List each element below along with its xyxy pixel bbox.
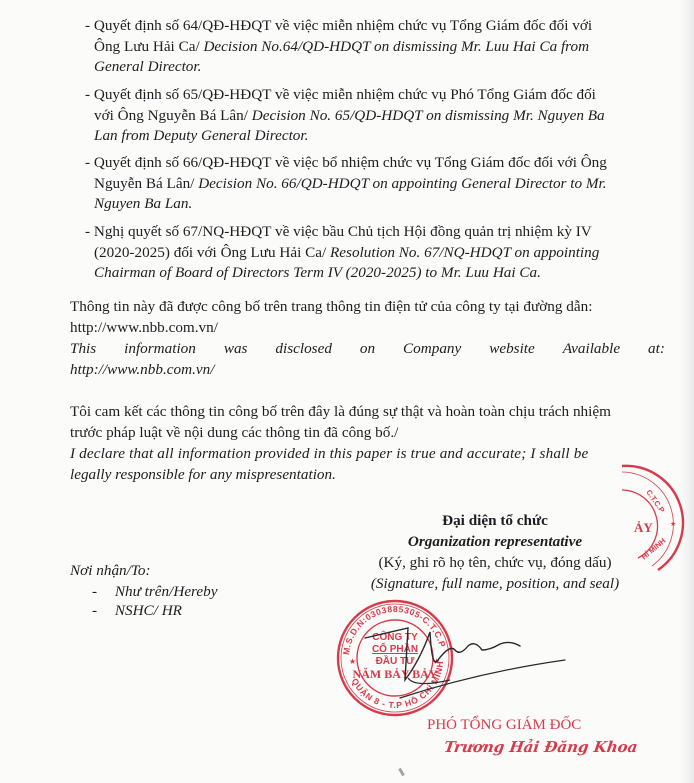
decision-text-en: Nguyen Ba Lan. (94, 195, 192, 212)
svg-text:HÍ MINH: HÍ MINH (640, 536, 668, 561)
decision-text-en: Decision No. 65/QD-HDQT on dismissing Mr… (252, 107, 605, 124)
decision-text-vi: - Nghị quyết số 67/NQ-HĐQT về việc bầu C… (85, 223, 592, 240)
decision-text-vi: - Quyết định số 64/QĐ-HĐQT về việc miễn … (85, 17, 592, 34)
disclosure-vi-link[interactable]: http://www.nbb.com.vn/ (70, 318, 218, 339)
handwritten-signature (360, 620, 580, 710)
declaration-en-2: legally responsible for any mispresentat… (70, 465, 336, 486)
disclosure-word: Available (563, 339, 620, 360)
decision-text-en: Lan from Deputy General Director. (94, 127, 308, 144)
declaration-en-1: I declare that all information provided … (70, 444, 588, 465)
decision-line: Lan from Deputy General Director. (85, 126, 665, 147)
disclosure-word: website (489, 339, 535, 360)
decision-line: - Quyết định số 65/QĐ-HĐQT về việc miễn … (85, 85, 665, 106)
signature-title-vi: Đại diện tổ chức (385, 511, 605, 532)
decision-text-vi: với Ông Nguyễn Bá Lân/ (94, 107, 252, 124)
disclosure-en-link[interactable]: http://www.nbb.com.vn/ (70, 360, 214, 381)
signature-title-en: Organization representative (385, 532, 605, 553)
disclosure-word: Company (403, 339, 461, 360)
decision-item: - Nghị quyết số 67/NQ-HĐQT về việc bầu C… (85, 222, 665, 284)
disclosure-word: disclosed (275, 339, 332, 360)
recipient-dash: - (92, 583, 97, 600)
recipient-dash: - (92, 602, 97, 619)
decision-line: Chairman of Board of Directors Term IV (… (85, 263, 665, 284)
svg-text:ẢY: ẢY (634, 520, 653, 535)
recipient-label: Như trên/Hereby (115, 583, 218, 600)
recipient-item: - NSHC/ HR (92, 601, 182, 622)
disclosure-word: was (224, 339, 248, 360)
recipient-item: - Như trên/Hereby (92, 582, 217, 603)
decision-line: Nguyễn Bá Lân/ Decision No. 66/QD-HDQT o… (85, 174, 665, 195)
decision-line: General Director. (85, 57, 665, 78)
decision-text-vi: - Quyết định số 66/QĐ-HĐQT về việc bổ nh… (85, 154, 607, 171)
svg-text:★: ★ (670, 520, 676, 528)
decision-line: - Quyết định số 66/QĐ-HĐQT về việc bổ nh… (85, 153, 665, 174)
signer-name: Trương Hải Đăng Khoa (443, 737, 639, 758)
declaration-vi-2: trước pháp luật về nội dung các thông ti… (70, 423, 398, 444)
disclosure-word: at: (648, 339, 665, 360)
decision-text-en: Chairman of Board of Directors Term IV (… (94, 264, 541, 281)
disclosure-vi: Thông tin này đã được công bố trên trang… (70, 297, 592, 318)
decision-line: với Ông Nguyễn Bá Lân/ Decision No. 65/Q… (85, 106, 665, 127)
recipient-label: NSHC/ HR (115, 602, 182, 619)
stray-mark (398, 768, 405, 776)
decision-line: Ông Lưu Hải Ca/ Decision No.64/QD-HDQT o… (85, 37, 665, 58)
decision-text-vi: - Quyết định số 65/QĐ-HĐQT về việc miễn … (85, 86, 596, 103)
signature-note-en: (Signature, full name, position, and sea… (345, 574, 645, 595)
decision-text-en: Decision No. 66/QD-HDQT on appointing Ge… (198, 175, 606, 192)
decision-text-vi: (2020-2025) đối với Ông Lưu Hải Ca/ (94, 244, 330, 261)
partial-seal-right: C.T.C.P ★ ẢY HÍ MINH (620, 462, 694, 572)
decision-line: Nguyen Ba Lan. (85, 194, 665, 215)
decision-text-en: General Director. (94, 58, 201, 75)
decision-item: - Quyết định số 65/QĐ-HĐQT về việc miễn … (85, 85, 665, 147)
decision-item: - Quyết định số 64/QĐ-HĐQT về việc miễn … (85, 16, 665, 78)
disclosure-word: information (124, 339, 196, 360)
decision-text-en: Resolution No. 67/NQ-HDQT on appointing (330, 244, 599, 261)
decision-text-en: Decision No.64/QD-HDQT on dismissing Mr.… (203, 38, 589, 55)
decision-line: (2020-2025) đối với Ông Lưu Hải Ca/ Reso… (85, 243, 665, 264)
disclosure-en: ThisinformationwasdisclosedonCompanywebs… (70, 339, 665, 360)
decision-text-vi: Ông Lưu Hải Ca/ (94, 38, 203, 55)
decision-line: - Nghị quyết số 67/NQ-HĐQT về việc bầu C… (85, 222, 665, 243)
decision-text-vi: Nguyễn Bá Lân/ (94, 175, 198, 192)
signature-note-vi: (Ký, ghi rõ họ tên, chức vụ, đóng dấu) (345, 553, 645, 574)
disclosure-word: on (360, 339, 375, 360)
disclosure-word: This (70, 339, 96, 360)
svg-text:★: ★ (349, 657, 356, 666)
declaration-vi-1: Tôi cam kết các thông tin công bố trên đ… (70, 402, 611, 423)
decision-item: - Quyết định số 66/QĐ-HĐQT về việc bổ nh… (85, 153, 665, 215)
signer-position: PHÓ TỔNG GIÁM ĐỐC (427, 715, 581, 736)
recipients-label: Nơi nhận/To: (70, 561, 151, 582)
page-edge-shadow (680, 0, 694, 783)
decision-line: - Quyết định số 64/QĐ-HĐQT về việc miễn … (85, 16, 665, 37)
